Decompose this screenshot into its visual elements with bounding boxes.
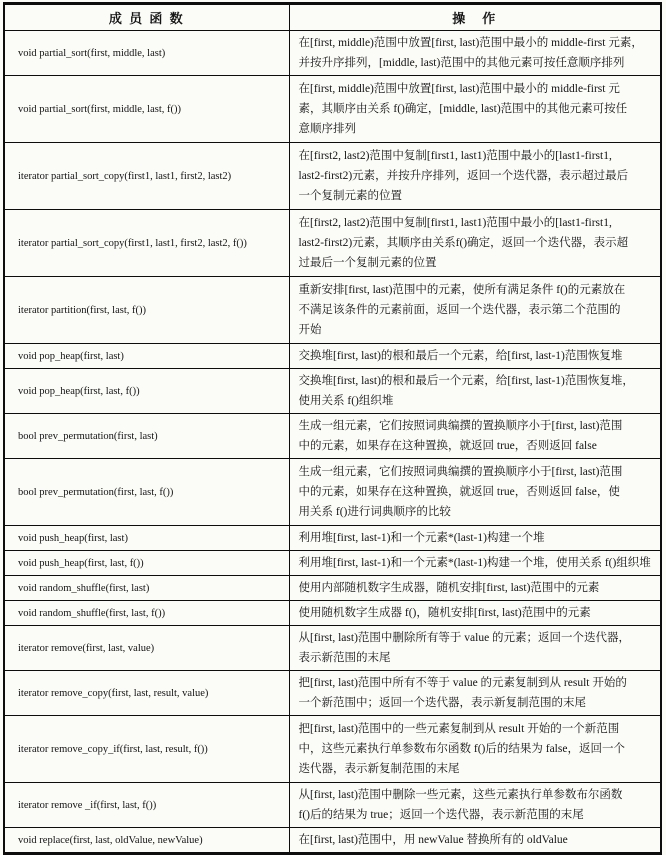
operation-description: 使用内部随机数字生成器，随机安排[first, last)范围中的元素 (289, 576, 661, 601)
table-row: iterator partial_sort_copy(first1, last1… (4, 210, 661, 277)
header-operations: 操 作 (289, 4, 661, 31)
table-row: void random_shuffle(first, last, f()) 使用… (4, 601, 661, 626)
operation-description: 在[first2, last2)范围中复制[first1, last1)范围中最… (289, 143, 661, 210)
operation-description: 在[first, middle)范围中放置[first, last)范围中最小的… (289, 31, 661, 76)
operation-description: 把[first, last)范围中所有不等于 value 的元素复制到从 res… (289, 671, 661, 716)
table-row: void push_heap(first, last, f()) 利用堆[fir… (4, 551, 661, 576)
operation-description: 重新安排[first, last)范围中的元素，使所有满足条件 f()的元素放在… (289, 277, 661, 344)
table-row: iterator remove_copy(first, last, result… (4, 671, 661, 716)
table-row: void pop_heap(first, last, f()) 交换堆[firs… (4, 369, 661, 414)
function-signature: iterator partial_sort_copy(first1, last1… (4, 143, 289, 210)
operation-description: 交换堆[first, last)的根和最后一个元素，给[first, last-… (289, 344, 661, 369)
function-signature: void push_heap(first, last, f()) (4, 551, 289, 576)
function-signature: iterator remove _if(first, last, f()) (4, 783, 289, 828)
function-signature: void random_shuffle(first, last) (4, 576, 289, 601)
table-row: iterator partial_sort_copy(first1, last1… (4, 143, 661, 210)
header-member-functions: 成 员 函 数 (4, 4, 289, 31)
table-row: iterator remove(first, last, value) 从[fi… (4, 626, 661, 671)
table-row: void partial_sort(first, middle, last) 在… (4, 31, 661, 76)
function-signature: iterator partition(first, last, f()) (4, 277, 289, 344)
table-row: void random_shuffle(first, last) 使用内部随机数… (4, 576, 661, 601)
function-signature: void random_shuffle(first, last, f()) (4, 601, 289, 626)
operation-description: 交换堆[first, last)的根和最后一个元素，给[first, last-… (289, 369, 661, 414)
function-signature: bool prev_permutation(first, last, f()) (4, 459, 289, 526)
function-signature: void pop_heap(first, last) (4, 344, 289, 369)
table-row: void replace(first, last, oldValue, newV… (4, 828, 661, 854)
operation-description: 从[first, last)范围中删除一些元素，这些元素执行单参数布尔函数 f(… (289, 783, 661, 828)
operation-description: 在[first, last)范围中，用 newValue 替换所有的 oldVa… (289, 828, 661, 854)
function-signature: void partial_sort(first, middle, last, f… (4, 76, 289, 143)
function-signature: void replace(first, last, oldValue, newV… (4, 828, 289, 854)
table-row: void push_heap(first, last) 利用堆[first, l… (4, 526, 661, 551)
operation-description: 把[first, last)范围中的一些元素复制到从 result 开始的一个新… (289, 716, 661, 783)
function-signature: void push_heap(first, last) (4, 526, 289, 551)
operation-description: 使用随机数字生成器 f()，随机安排[first, last)范围中的元素 (289, 601, 661, 626)
operation-description: 利用堆[first, last-1)和一个元素*(last-1)构建一个堆 (289, 526, 661, 551)
operation-description: 利用堆[first, last-1)和一个元素*(last-1)构建一个堆，使用… (289, 551, 661, 576)
operation-description: 在[first, middle)范围中放置[first, last)范围中最小的… (289, 76, 661, 143)
table-row: void partial_sort(first, middle, last, f… (4, 76, 661, 143)
table-row: bool prev_permutation(first, last, f()) … (4, 459, 661, 526)
function-signature: iterator remove(first, last, value) (4, 626, 289, 671)
operation-description: 生成一组元素，它们按照词典编撰的置换顺序小于[first, last)范围 中的… (289, 414, 661, 459)
operation-description: 从[first, last)范围中删除所有等于 value 的元素；返回一个迭代… (289, 626, 661, 671)
table-row: void pop_heap(first, last) 交换堆[first, la… (4, 344, 661, 369)
function-signature: void pop_heap(first, last, f()) (4, 369, 289, 414)
table-row: iterator remove_copy_if(first, last, res… (4, 716, 661, 783)
function-signature: void partial_sort(first, middle, last) (4, 31, 289, 76)
table-header-row: 成 员 函 数 操 作 (4, 4, 661, 31)
operation-description: 生成一组元素，它们按照词典编撰的置换顺序小于[first, last)范围 中的… (289, 459, 661, 526)
function-signature: bool prev_permutation(first, last) (4, 414, 289, 459)
table-row: iterator remove _if(first, last, f()) 从[… (4, 783, 661, 828)
table-row: bool prev_permutation(first, last) 生成一组元… (4, 414, 661, 459)
table-row: iterator partition(first, last, f()) 重新安… (4, 277, 661, 344)
page: { "table": { "headers": { "col1": "成 员 函… (0, 0, 666, 845)
function-signature: iterator remove_copy_if(first, last, res… (4, 716, 289, 783)
function-signature: iterator partial_sort_copy(first1, last1… (4, 210, 289, 277)
function-signature: iterator remove_copy(first, last, result… (4, 671, 289, 716)
operation-description: 在[first2, last2)范围中复制[first1, last1)范围中最… (289, 210, 661, 277)
stl-algorithms-table: 成 员 函 数 操 作 void partial_sort(first, mid… (3, 2, 662, 855)
